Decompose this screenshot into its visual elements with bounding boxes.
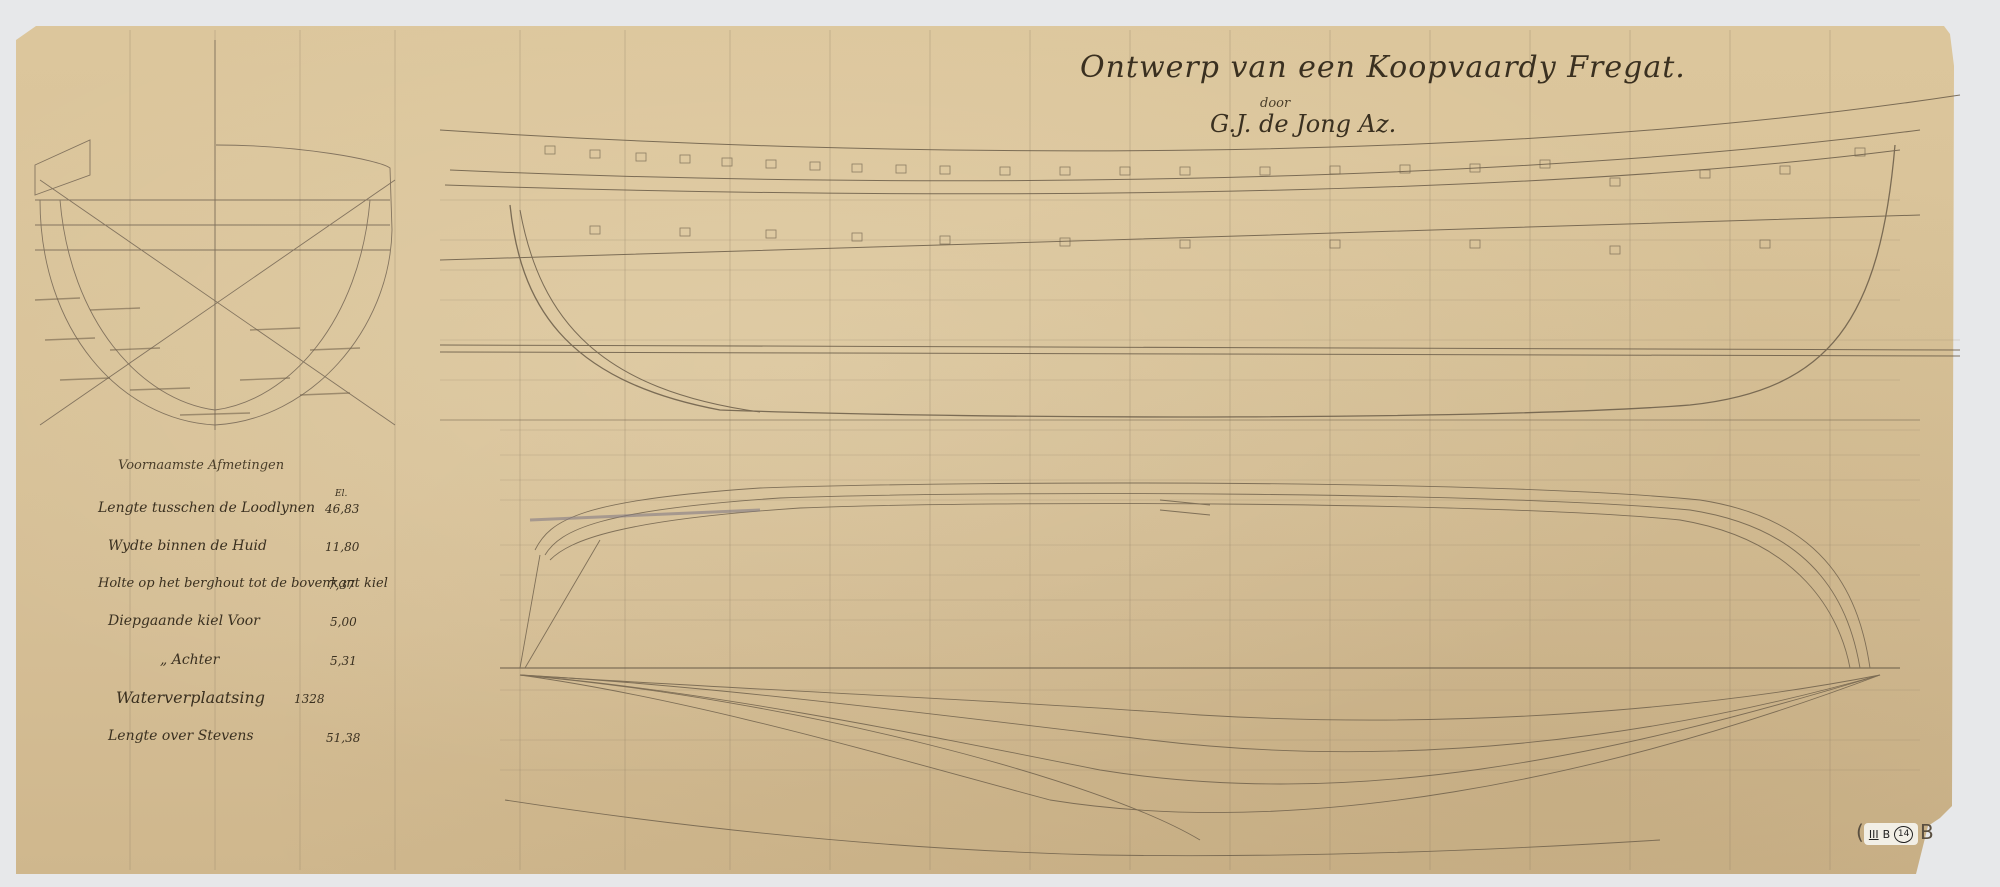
dimension-value: 1328 (294, 692, 325, 706)
body-plan-view (35, 40, 395, 430)
dimension-label: Lengte over Stevens (108, 728, 254, 744)
dimension-label: Lengte tusschen de Loodlynen (98, 500, 315, 516)
dimension-label: Wydte binnen de Huid (108, 538, 267, 554)
dimension-value: 46,83 (325, 502, 359, 516)
dimension-value: 51,38 (326, 731, 360, 745)
grid-vertical-lines (130, 30, 1830, 870)
archive-label-suffix: B (1920, 820, 1934, 844)
dimension-label: Waterverplaatsing (116, 688, 265, 707)
archive-label-paren: ( (1856, 820, 1864, 844)
drawing-title: Ontwerp van een Koopvaardy Fregat. (1080, 50, 1686, 85)
dimension-value: 5,31 (330, 654, 357, 668)
archive-number: 14 (1894, 826, 1913, 843)
ship-lines-drawing (0, 0, 2000, 887)
sheer-plan-view (440, 95, 1960, 420)
archive-label: III B 14 (1864, 823, 1918, 845)
dimensions-heading: Voornaamste Afmetingen (118, 458, 284, 473)
archive-sub: B (1883, 828, 1891, 841)
dimension-value: 11,80 (325, 540, 359, 554)
drawing-title-by: door (1260, 96, 1290, 111)
half-breadth-plan-view (500, 483, 1900, 856)
dimensions-unit: El. (335, 489, 347, 499)
dimension-label: „ Achter (160, 652, 219, 668)
drawing-author: G.J. de Jong Az. (1210, 110, 1396, 138)
dimension-value: 5,00 (330, 615, 357, 629)
dimension-value: 7,37 (328, 578, 355, 592)
dimension-label: Diepgaande kiel Voor (108, 613, 260, 629)
grid-horizontal-lines (440, 200, 1960, 770)
archive-series: III (1869, 828, 1879, 841)
